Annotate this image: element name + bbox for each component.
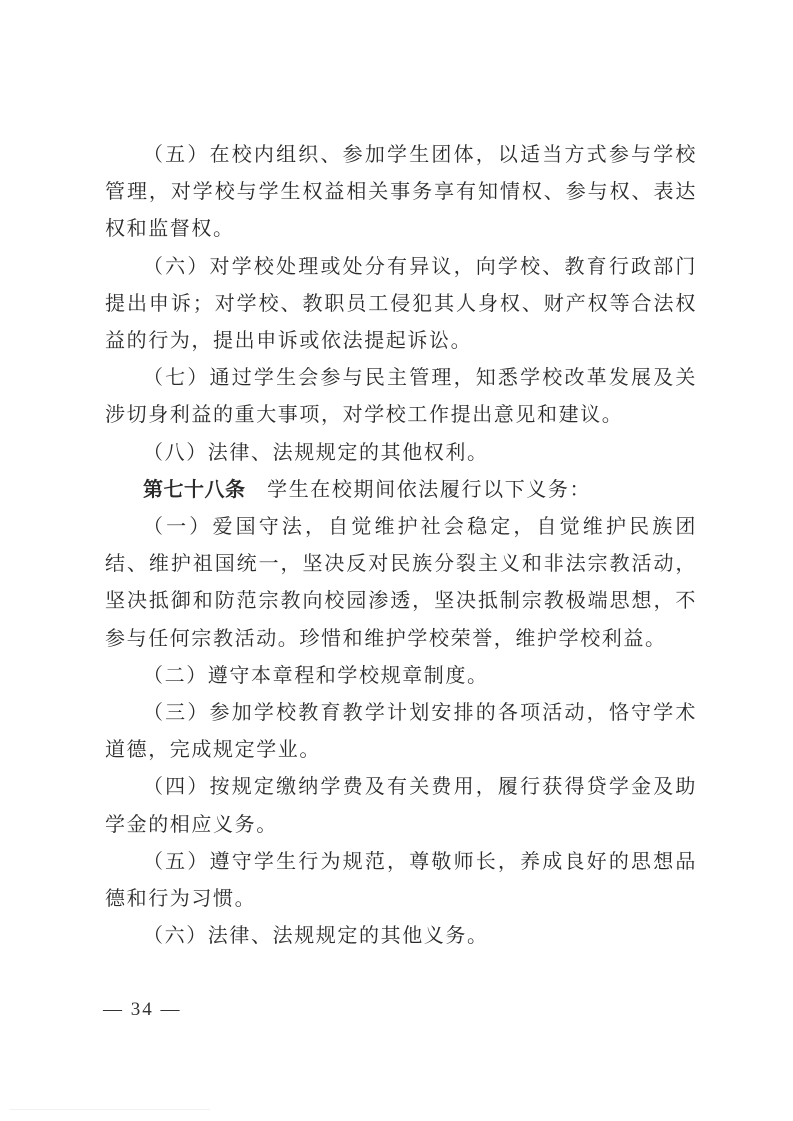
article-text: 学生在校期间依法履行以下义务：: [246, 477, 592, 501]
paragraph-rights-7: （七）通过学生会参与民主管理，知悉学校改革发展及关涉切身利益的重大事项，对学校工…: [105, 359, 697, 433]
paragraph-duty-6: （六）法律、法规规定的其他义务。: [105, 917, 697, 954]
article-78: 第七十八条 学生在校期间依法履行以下义务：: [105, 471, 697, 508]
paragraph-rights-8: （八）法律、法规规定的其他权利。: [105, 434, 697, 471]
article-title: 第七十八条: [143, 477, 246, 501]
paragraph-duty-1: （一）爱国守法，自觉维护社会稳定，自觉维护民族团结、维护祖国统一，坚决反对民族分…: [105, 508, 697, 657]
paragraph-rights-5: （五）在校内组织、参加学生团体，以适当方式参与学校管理，对学校与学生权益相关事务…: [105, 136, 697, 248]
document-body: （五）在校内组织、参加学生团体，以适当方式参与学校管理，对学校与学生权益相关事务…: [105, 136, 697, 954]
page-number: — 34 —: [103, 999, 182, 1021]
paragraph-duty-4: （四）按规定缴纳学费及有关费用，履行获得贷学金及助学金的相应义务。: [105, 768, 697, 842]
paragraph-duty-5: （五）遵守学生行为规范，尊敬师长，养成良好的思想品德和行为习惯。: [105, 843, 697, 917]
paragraph-duty-2: （二）遵守本章程和学校规章制度。: [105, 657, 697, 694]
paragraph-rights-6: （六）对学校处理或处分有异议，向学校、教育行政部门提出申诉；对学校、教职员工侵犯…: [105, 248, 697, 360]
paragraph-duty-3: （三）参加学校教育教学计划安排的各项活动，恪守学术道德，完成规定学业。: [105, 694, 697, 768]
scan-edge-line: [10, 1109, 210, 1110]
